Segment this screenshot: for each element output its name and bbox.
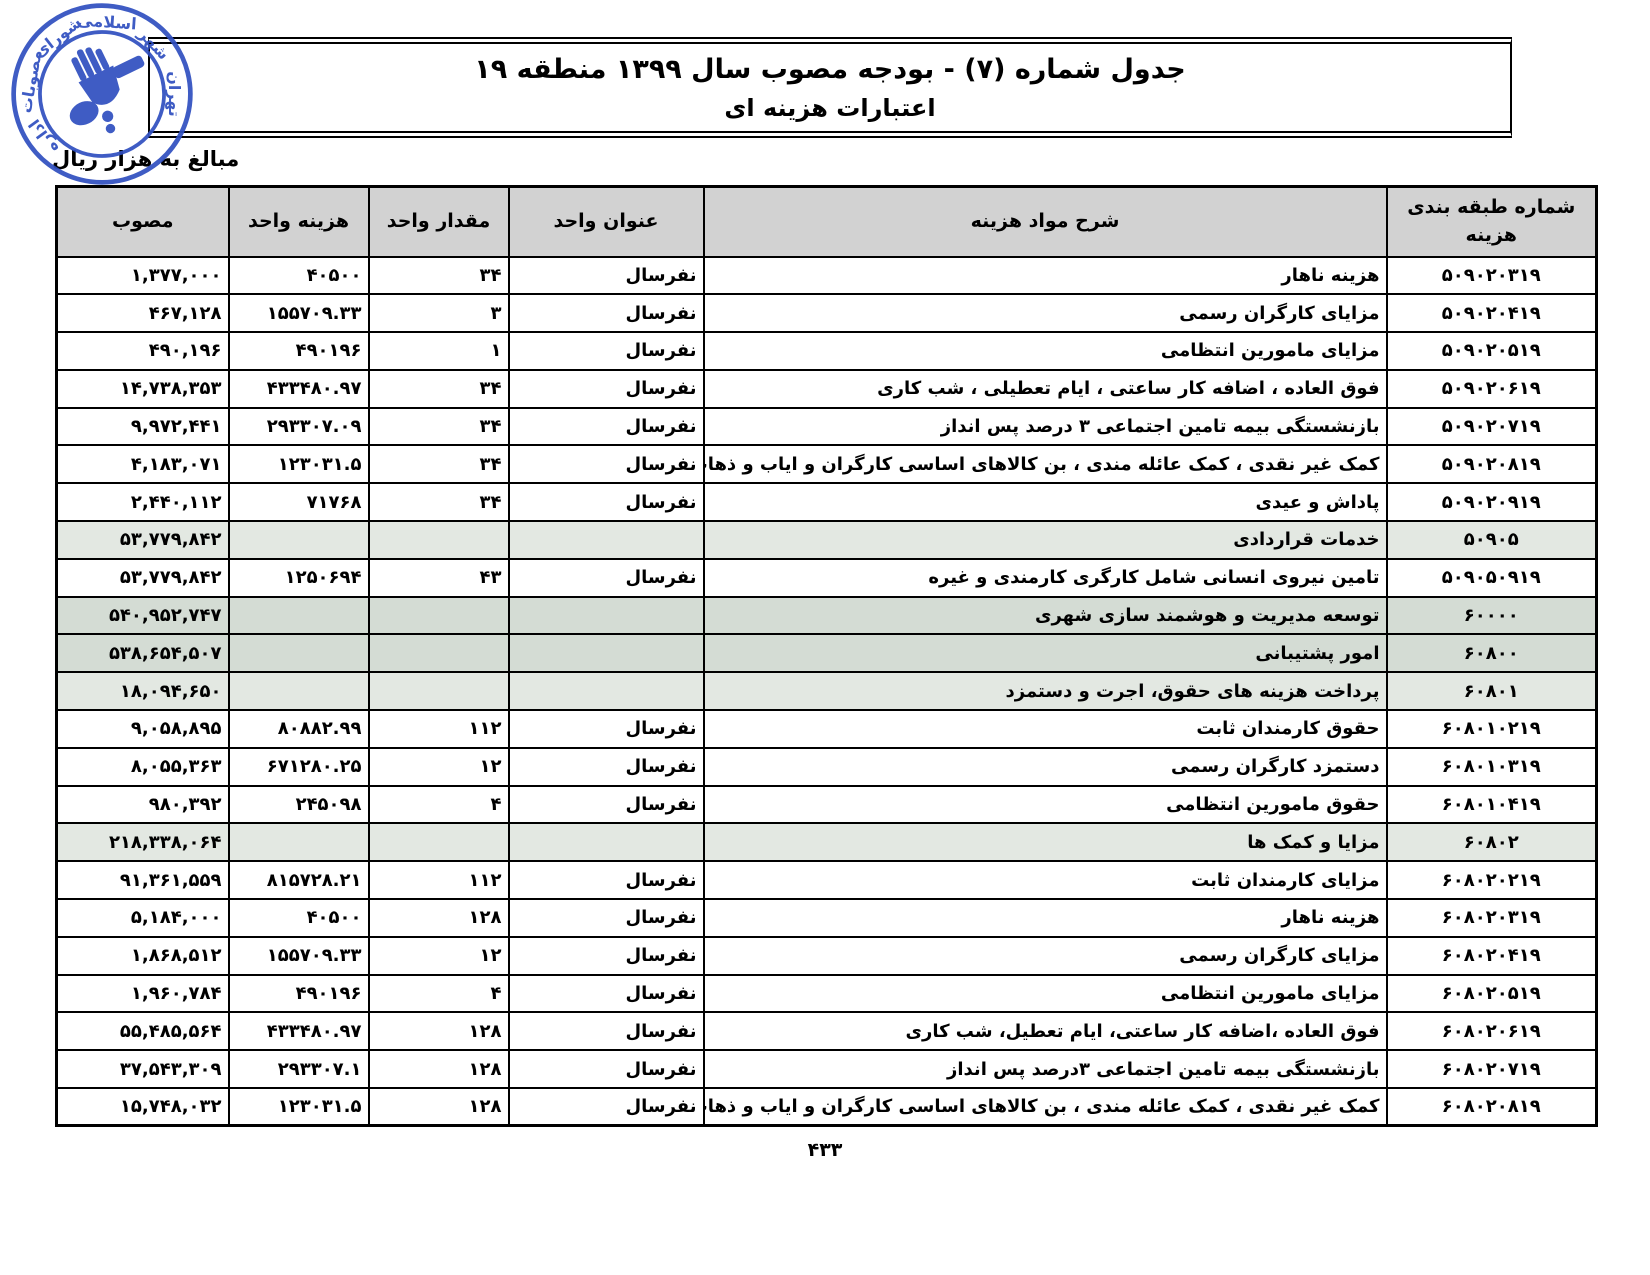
cell-expense-description: بازنشستگی بیمه تامین اجتماعی ۳ درصد پس ا… [704,408,1387,446]
cell-unit-quantity: ۱ [369,332,509,370]
cell-unit-cost [229,823,369,861]
cell-unit-quantity [369,521,509,559]
cell-unit-cost: ۴۳۳۴۸۰.۹۷ [229,370,369,408]
title-box: جدول شماره (۷) - بودجه مصوب سال ۱۳۹۹ منط… [148,37,1512,138]
table-row: ۶۰۸۰۲۰۶۱۹ فوق العاده ،اضافه کار ساعتی، ا… [57,1012,1597,1050]
header-unit-qty: مقدار واحد [369,187,509,257]
page-subtitle: اعتبارات هزینه ای [724,94,935,122]
table-row: ۶۰۸۰۲۰۲۱۹ مزایای کارمندان ثابت نفرسال ۱۱… [57,861,1597,899]
table-row: ۶۰۸۰۲۰۵۱۹ مزایای مامورین انتظامی نفرسال … [57,975,1597,1013]
cell-unit-quantity: ۳۴ [369,445,509,483]
table-body: ۵۰۹۰۲۰۳۱۹ هزینه ناهار نفرسال ۳۴ ۴۰۵۰۰ ۱,… [57,257,1597,1126]
cell-unit-cost: ۱۵۵۷۰۹.۳۳ [229,937,369,975]
cell-approved-amount: ۲,۴۴۰,۱۱۲ [57,483,229,521]
table-row: ۶۰۸۰۰ امور پشتیبانی ۵۳۸,۶۵۴,۵۰۷ [57,634,1597,672]
cell-classification-code: ۶۰۸۰۲۰۷۱۹ [1387,1050,1597,1088]
cell-unit-title: نفرسال [509,861,704,899]
cell-unit-quantity [369,823,509,861]
table-row: ۵۰۹۰۲۰۴۱۹ مزایای کارگران رسمی نفرسال ۳ ۱… [57,294,1597,332]
council-stamp-logo: اداره مصوبات شورای اسلامی شهر تهران [0,0,218,208]
stamp-word: تهران [165,71,184,117]
cell-expense-description: کمک غیر نقدی ، کمک عائله مندی ، بن کالاه… [704,1088,1387,1126]
cell-expense-description: توسعه مدیریت و هوشمند سازی شهری [704,597,1387,635]
header-code: شماره طبقه بندی هزینه [1387,187,1597,257]
cell-approved-amount: ۹,۹۷۲,۴۴۱ [57,408,229,446]
cell-approved-amount: ۱۵,۷۴۸,۰۳۲ [57,1088,229,1126]
cell-unit-cost: ۲۹۳۳۰۷.۱ [229,1050,369,1088]
cell-unit-cost [229,672,369,710]
cell-unit-title: نفرسال [509,710,704,748]
cell-expense-description: مزایای کارگران رسمی [704,937,1387,975]
cell-approved-amount: ۱۴,۷۳۸,۳۵۳ [57,370,229,408]
cell-unit-cost: ۱۵۵۷۰۹.۳۳ [229,294,369,332]
cell-unit-quantity: ۳۴ [369,257,509,295]
table-row: ۵۰۹۰۲۰۹۱۹ پاداش و عیدی نفرسال ۳۴ ۷۱۷۶۸ ۲… [57,483,1597,521]
cell-unit-title [509,597,704,635]
cell-unit-title: نفرسال [509,370,704,408]
cell-expense-description: دستمزد کارگران رسمی [704,748,1387,786]
cell-classification-code: ۵۰۹۰۵ [1387,521,1597,559]
cell-approved-amount: ۴۶۷,۱۲۸ [57,294,229,332]
cell-unit-quantity [369,672,509,710]
cell-unit-quantity [369,597,509,635]
cell-unit-quantity: ۳ [369,294,509,332]
cell-unit-title: نفرسال [509,1012,704,1050]
cell-expense-description: خدمات قراردادی [704,521,1387,559]
cell-classification-code: ۵۰۹۰۲۰۴۱۹ [1387,294,1597,332]
cell-unit-title [509,672,704,710]
cell-classification-code: ۶۰۸۰۱۰۳۱۹ [1387,748,1597,786]
cell-expense-description: هزینه ناهار [704,257,1387,295]
cell-classification-code: ۶۰۸۰۲۰۸۱۹ [1387,1088,1597,1126]
cell-classification-code: ۵۰۹۰۲۰۸۱۹ [1387,445,1597,483]
cell-unit-quantity: ۳۴ [369,370,509,408]
header-description: شرح مواد هزینه [704,187,1387,257]
cell-approved-amount: ۵,۱۸۴,۰۰۰ [57,899,229,937]
table-row: ۶۰۸۰۱۰۴۱۹ حقوق مامورین انتظامی نفرسال ۴ … [57,786,1597,824]
table-row: ۵۰۹۰۲۰۶۱۹ فوق العاده ، اضافه کار ساعتی ،… [57,370,1597,408]
cell-unit-quantity: ۱۱۲ [369,710,509,748]
cell-classification-code: ۶۰۸۰۱ [1387,672,1597,710]
cell-unit-title [509,823,704,861]
cell-approved-amount: ۱,۳۷۷,۰۰۰ [57,257,229,295]
cell-unit-title: نفرسال [509,975,704,1013]
cell-unit-cost: ۱۲۳۰۳۱.۵ [229,1088,369,1126]
cell-classification-code: ۵۰۹۰۵۰۹۱۹ [1387,559,1597,597]
cell-approved-amount: ۹۸۰,۳۹۲ [57,786,229,824]
cell-unit-cost [229,597,369,635]
cell-unit-cost [229,634,369,672]
table-row: ۶۰۰۰۰ توسعه مدیریت و هوشمند سازی شهری ۵۴… [57,597,1597,635]
table-row: ۵۰۹۰۲۰۳۱۹ هزینه ناهار نفرسال ۳۴ ۴۰۵۰۰ ۱,… [57,257,1597,295]
cell-unit-quantity [369,634,509,672]
cell-approved-amount: ۹,۰۵۸,۸۹۵ [57,710,229,748]
cell-unit-title: نفرسال [509,332,704,370]
cell-expense-description: تامین نیروی انسانی شامل کارگری کارمندی و… [704,559,1387,597]
cell-unit-title: نفرسال [509,408,704,446]
cell-unit-cost: ۲۹۳۳۰۷.۰۹ [229,408,369,446]
table-row: ۶۰۸۰۱ پرداخت هزینه های حقوق، اجرت و دستم… [57,672,1597,710]
cell-unit-quantity: ۱۲۸ [369,1012,509,1050]
cell-expense-description: مزایای مامورین انتظامی [704,332,1387,370]
cell-expense-description: پرداخت هزینه های حقوق، اجرت و دستمزد [704,672,1387,710]
cell-unit-cost: ۴۹۰۱۹۶ [229,975,369,1013]
cell-expense-description: پاداش و عیدی [704,483,1387,521]
cell-unit-cost: ۸۱۵۷۲۸.۲۱ [229,861,369,899]
cell-approved-amount: ۲۱۸,۳۳۸,۰۶۴ [57,823,229,861]
cell-approved-amount: ۵۳۸,۶۵۴,۵۰۷ [57,634,229,672]
cell-classification-code: ۵۰۹۰۲۰۳۱۹ [1387,257,1597,295]
header-code-line1: شماره طبقه بندی [1407,196,1575,218]
cell-approved-amount: ۱,۸۶۸,۵۱۲ [57,937,229,975]
table-row: ۶۰۸۰۲۰۳۱۹ هزینه ناهار نفرسال ۱۲۸ ۴۰۵۰۰ ۵… [57,899,1597,937]
cell-classification-code: ۶۰۸۰۲۰۲۱۹ [1387,861,1597,899]
table-row: ۵۰۹۰۵ خدمات قراردادی ۵۳,۷۷۹,۸۴۲ [57,521,1597,559]
cell-approved-amount: ۵۳,۷۷۹,۸۴۲ [57,521,229,559]
cell-expense-description: امور پشتیبانی [704,634,1387,672]
cell-approved-amount: ۴۹۰,۱۹۶ [57,332,229,370]
cell-approved-amount: ۵۳,۷۷۹,۸۴۲ [57,559,229,597]
table-row: ۶۰۸۰۲ مزایا و کمک ها ۲۱۸,۳۳۸,۰۶۴ [57,823,1597,861]
header-unit-cost: هزینه واحد [229,187,369,257]
table-row: ۵۰۹۰۵۰۹۱۹ تامین نیروی انسانی شامل کارگری… [57,559,1597,597]
cell-unit-title: نفرسال [509,257,704,295]
cell-unit-cost: ۷۱۷۶۸ [229,483,369,521]
table-row: ۶۰۸۰۱۰۳۱۹ دستمزد کارگران رسمی نفرسال ۱۲ … [57,748,1597,786]
stamp-word: اسلامی [77,10,138,33]
cell-unit-quantity: ۱۲ [369,937,509,975]
header-approved: مصوب [57,187,229,257]
cell-classification-code: ۵۰۹۰۲۰۹۱۹ [1387,483,1597,521]
cell-classification-code: ۶۰۸۰۲۰۴۱۹ [1387,937,1597,975]
cell-expense-description: مزایای کارمندان ثابت [704,861,1387,899]
document-page: اداره مصوبات شورای اسلامی شهر تهران جدول… [0,0,1650,1275]
table-row: ۶۰۸۰۲۰۷۱۹ بازنشستگی بیمه تامین اجتماعی ۳… [57,1050,1597,1088]
cell-classification-code: ۶۰۸۰۲۰۳۱۹ [1387,899,1597,937]
cell-approved-amount: ۱۸,۰۹۴,۶۵۰ [57,672,229,710]
cell-approved-amount: ۵۴۰,۹۵۲,۷۴۷ [57,597,229,635]
cell-approved-amount: ۴,۱۸۳,۰۷۱ [57,445,229,483]
cell-approved-amount: ۱,۹۶۰,۷۸۴ [57,975,229,1013]
cell-unit-title: نفرسال [509,748,704,786]
cell-unit-title: نفرسال [509,483,704,521]
budget-table: شماره طبقه بندی هزینه شرح مواد هزینه عنو… [55,185,1598,1127]
cell-unit-quantity: ۴ [369,975,509,1013]
cell-unit-cost: ۲۴۵۰۹۸ [229,786,369,824]
cell-classification-code: ۵۰۹۰۲۰۶۱۹ [1387,370,1597,408]
table-row: ۵۰۹۰۲۰۵۱۹ مزایای مامورین انتظامی نفرسال … [57,332,1597,370]
cell-approved-amount: ۵۵,۴۸۵,۵۶۴ [57,1012,229,1050]
cell-unit-quantity: ۴۳ [369,559,509,597]
page-title: جدول شماره (۷) - بودجه مصوب سال ۱۳۹۹ منط… [474,54,1186,85]
cell-expense-description: کمک غیر نقدی ، کمک عائله مندی ، بن کالاه… [704,445,1387,483]
cell-classification-code: ۶۰۸۰۱۰۴۱۹ [1387,786,1597,824]
cell-unit-cost: ۱۲۵۰۶۹۴ [229,559,369,597]
cell-unit-quantity: ۱۲ [369,748,509,786]
cell-classification-code: ۶۰۸۰۲ [1387,823,1597,861]
page-number: ۴۳۳ [55,1139,1595,1161]
cell-classification-code: ۶۰۰۰۰ [1387,597,1597,635]
cell-classification-code: ۶۰۸۰۲۰۵۱۹ [1387,975,1597,1013]
cell-unit-title: نفرسال [509,294,704,332]
cell-classification-code: ۵۰۹۰۲۰۵۱۹ [1387,332,1597,370]
cell-classification-code: ۶۰۸۰۲۰۶۱۹ [1387,1012,1597,1050]
header-row: شماره طبقه بندی هزینه شرح مواد هزینه عنو… [57,187,1597,257]
cell-classification-code: ۵۰۹۰۲۰۷۱۹ [1387,408,1597,446]
table-row: ۶۰۸۰۱۰۲۱۹ حقوق کارمندان ثابت نفرسال ۱۱۲ … [57,710,1597,748]
cell-unit-quantity: ۳۴ [369,408,509,446]
cell-unit-title: نفرسال [509,899,704,937]
cell-unit-quantity: ۱۱۲ [369,861,509,899]
cell-approved-amount: ۸,۰۵۵,۳۶۳ [57,748,229,786]
cell-expense-description: حقوق مامورین انتظامی [704,786,1387,824]
cell-unit-title: نفرسال [509,559,704,597]
table-header: شماره طبقه بندی هزینه شرح مواد هزینه عنو… [57,187,1597,257]
cell-classification-code: ۶۰۸۰۰ [1387,634,1597,672]
cell-classification-code: ۶۰۸۰۱۰۲۱۹ [1387,710,1597,748]
cell-unit-cost: ۱۲۳۰۳۱.۵ [229,445,369,483]
cell-expense-description: مزایا و کمک ها [704,823,1387,861]
cell-unit-quantity: ۳۴ [369,483,509,521]
cell-unit-title: نفرسال [509,786,704,824]
header-code-line2: هزینه [1466,224,1517,246]
cell-unit-title: نفرسال [509,1088,704,1126]
cell-unit-quantity: ۴ [369,786,509,824]
cell-approved-amount: ۳۷,۵۴۳,۳۰۹ [57,1050,229,1088]
cell-unit-quantity: ۱۲۸ [369,1088,509,1126]
cell-unit-cost: ۴۹۰۱۹۶ [229,332,369,370]
cell-expense-description: فوق العاده ،اضافه کار ساعتی، ایام تعطیل،… [704,1012,1387,1050]
cell-expense-description: حقوق کارمندان ثابت [704,710,1387,748]
cell-expense-description: مزایای کارگران رسمی [704,294,1387,332]
cell-unit-cost [229,521,369,559]
cell-unit-title: نفرسال [509,445,704,483]
cell-unit-cost: ۸۰۸۸۲.۹۹ [229,710,369,748]
cell-unit-cost: ۴۳۳۴۸۰.۹۷ [229,1012,369,1050]
table-row: ۵۰۹۰۲۰۸۱۹ کمک غیر نقدی ، کمک عائله مندی … [57,445,1597,483]
cell-unit-cost: ۶۷۱۲۸۰.۲۵ [229,748,369,786]
table-row: ۶۰۸۰۲۰۸۱۹ کمک غیر نقدی ، کمک عائله مندی … [57,1088,1597,1126]
cell-unit-title [509,521,704,559]
cell-expense-description: فوق العاده ، اضافه کار ساعتی ، ایام تعطی… [704,370,1387,408]
cell-expense-description: مزایای مامورین انتظامی [704,975,1387,1013]
cell-unit-cost: ۴۰۵۰۰ [229,257,369,295]
header-unit-title: عنوان واحد [509,187,704,257]
cell-expense-description: بازنشستگی بیمه تامین اجتماعی ۳درصد پس ان… [704,1050,1387,1088]
table-row: ۶۰۸۰۲۰۴۱۹ مزایای کارگران رسمی نفرسال ۱۲ … [57,937,1597,975]
table-row: ۵۰۹۰۲۰۷۱۹ بازنشستگی بیمه تامین اجتماعی ۳… [57,408,1597,446]
cell-unit-cost: ۴۰۵۰۰ [229,899,369,937]
cell-unit-title [509,634,704,672]
cell-approved-amount: ۹۱,۳۶۱,۵۵۹ [57,861,229,899]
cell-unit-quantity: ۱۲۸ [369,899,509,937]
cell-unit-title: نفرسال [509,1050,704,1088]
cell-expense-description: هزینه ناهار [704,899,1387,937]
cell-unit-title: نفرسال [509,937,704,975]
cell-unit-quantity: ۱۲۸ [369,1050,509,1088]
